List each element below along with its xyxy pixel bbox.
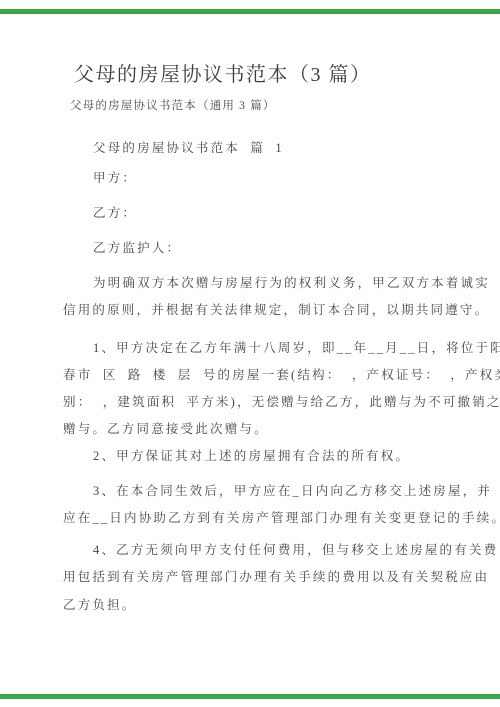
clause3-line: 应在__日内协助乙方到有关房产管理部门办理有关变更登记的手续。 (63, 508, 500, 526)
party-b-label: 乙方： (93, 203, 137, 221)
doc-title: 父母的房屋协议书范本（3 篇） (74, 58, 372, 87)
clause4-line: 用包括到有关房产管理部门办理有关手续的费用以及有关契税应由 (63, 567, 489, 585)
party-a-label: 甲方： (93, 168, 137, 186)
preamble-line: 信用的原则，并根据有关法律规定，制订本合同，以期共同遵守。 (63, 300, 489, 318)
clause1-line: 春市 区 路 楼 层 号的房屋一套(结构： ，产权证号： ，产权类 (63, 365, 500, 383)
bottom-divider-bar (0, 694, 500, 699)
clause2-line: 2、甲方保证其对上述的房屋拥有合法的所有权。 (93, 446, 410, 464)
clause1-line: 赠与。乙方同意接受此次赠与。 (63, 419, 269, 437)
party-b-guardian-label: 乙方监护人： (93, 238, 181, 256)
clause1-line: 别： ，建筑面积 平方米)，无偿赠与给乙方，此赠与为不可撤销之 (63, 392, 500, 410)
section-heading: 父母的房屋协议书范本 篇 1 (93, 138, 284, 156)
clause3-line: 3、在本合同生效后，甲方应在_日内向乙方移交上述房屋，并 (93, 481, 492, 499)
top-divider-bar (0, 9, 500, 14)
clause4-line: 4、乙方无须向甲方支付任何费用，但与移交上述房屋的有关费 (93, 540, 498, 558)
doc-subtitle: 父母的房屋协议书范本（通用 3 篇） (70, 97, 276, 113)
clause1-line: 1、甲方决定在乙方年满十八周岁，即__年__月__日，将位于阳 (93, 338, 500, 356)
clause4-line: 乙方负担。 (63, 595, 137, 613)
preamble-line: 为明确双方本次赠与房屋行为的权利义务，甲乙双方本着诚实 (93, 273, 490, 291)
document-page: 父母的房屋协议书范本（3 篇） 父母的房屋协议书范本（通用 3 篇） 父母的房屋… (0, 0, 500, 707)
